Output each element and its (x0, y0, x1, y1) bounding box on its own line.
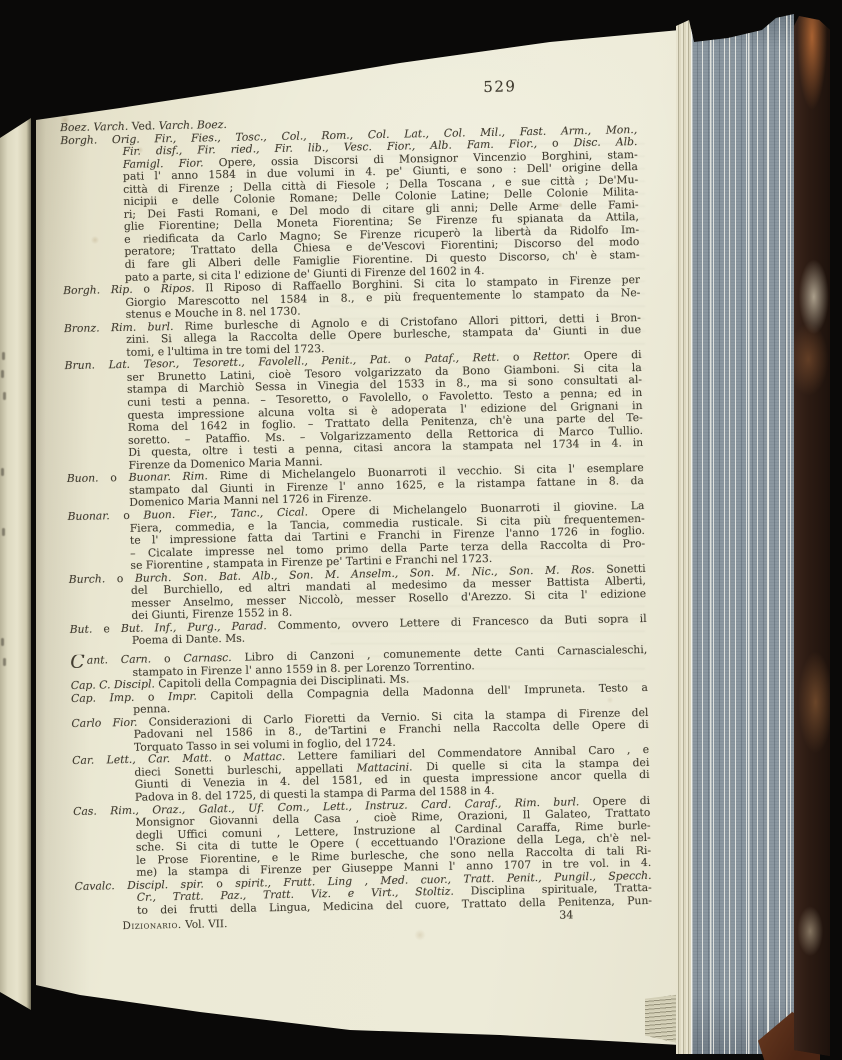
book-scan: 529 Boez. Varch. Ved. Varch. Boez.Borgh.… (0, 0, 842, 1060)
abbreviation-italic: Cap. C. Discipl. (71, 677, 159, 692)
fore-edge-pages (676, 8, 794, 1054)
page-number: 529 (483, 77, 516, 96)
abbreviation-italic: ant. Carn. (87, 652, 164, 666)
text-block: Boez. Varch. Ved. Varch. Boez.Borgh. Ori… (22, 110, 687, 919)
abbreviation-italic: Burch. (69, 572, 117, 586)
footer-dictionary-title: Dizionario. (122, 919, 182, 932)
facing-page-text-mark (3, 658, 6, 666)
facing-page-text-mark (1, 370, 4, 378)
body-text: Opere di (593, 794, 651, 807)
body-text: Ved. (128, 119, 159, 133)
facing-page-text-mark (2, 528, 5, 536)
facing-page-text-mark (3, 392, 6, 400)
body-text: o (164, 652, 184, 665)
body-text: penna. (133, 702, 170, 716)
footer-signature-number: 34 (559, 908, 573, 921)
book-cover-edge (794, 16, 830, 1056)
body-text: Opere di (584, 349, 642, 362)
abbreviation-italic: Ripos. (161, 281, 206, 295)
body-text: o (123, 509, 143, 522)
body-text: o (110, 471, 129, 484)
body-text: Poema di Dante. Ms. (132, 632, 246, 647)
body-text: Sonetti (606, 563, 646, 576)
abbreviation-italic: Varch. Boez. (159, 118, 227, 132)
fore-edge-cream-pages (676, 8, 691, 1054)
dropcap-letter: C (70, 657, 85, 667)
abbreviation-italic: Disc. Alb. (574, 136, 638, 149)
body-text: o (216, 877, 235, 890)
facing-page-text-mark (1, 638, 4, 646)
facing-page-text-mark (1, 468, 4, 476)
abbreviation-italic: Pataf., Rett. (424, 351, 513, 366)
body-text: o (117, 571, 135, 584)
footer-volume-label: Dizionario. Vol. VII. (122, 918, 227, 932)
abbreviation-italic: Impr. (168, 689, 211, 703)
abbreviation-italic: Buon. (67, 472, 111, 486)
abbreviation-italic: Famigl. Fior. (123, 156, 219, 171)
abbreviation-italic: Borgh. Rip. (63, 283, 143, 298)
facing-page-sliver (0, 118, 31, 1010)
fore-edge-sprinkled-pages (691, 8, 794, 1054)
page-text-layer: 529 Boez. Varch. Ved. Varch. Boez.Borgh.… (20, 10, 690, 1052)
abbreviation-italic: Rettor. (533, 349, 584, 363)
abbreviation-italic: Carlo Fior. (71, 715, 148, 729)
abbreviation-italic: Mattac. (243, 750, 298, 764)
abbreviation-italic: Mattacini (356, 760, 409, 774)
body-text: e (103, 622, 121, 635)
body-text: o (404, 353, 424, 366)
abbreviation-italic: Boez. Varch. (60, 120, 128, 134)
abbreviation-italic: Buonar. (67, 509, 123, 523)
body-text: o (143, 282, 160, 295)
abbreviation-italic: Buonar. Rim. (129, 469, 220, 484)
footer-volume-number: Vol. VII. (182, 918, 228, 931)
abbreviation-italic: But. (70, 622, 104, 636)
facing-page-text-mark (2, 352, 5, 360)
body-text: o (148, 690, 168, 703)
book-page: 529 Boez. Varch. Ved. Varch. Boez.Borgh.… (30, 22, 680, 1052)
body-text: o (224, 751, 243, 764)
abbreviation-italic: Cap. Imp. (71, 690, 148, 704)
body-text: o (513, 350, 533, 363)
body-text: o (552, 136, 574, 149)
abbreviation-italic: Carnasc. (183, 651, 244, 665)
